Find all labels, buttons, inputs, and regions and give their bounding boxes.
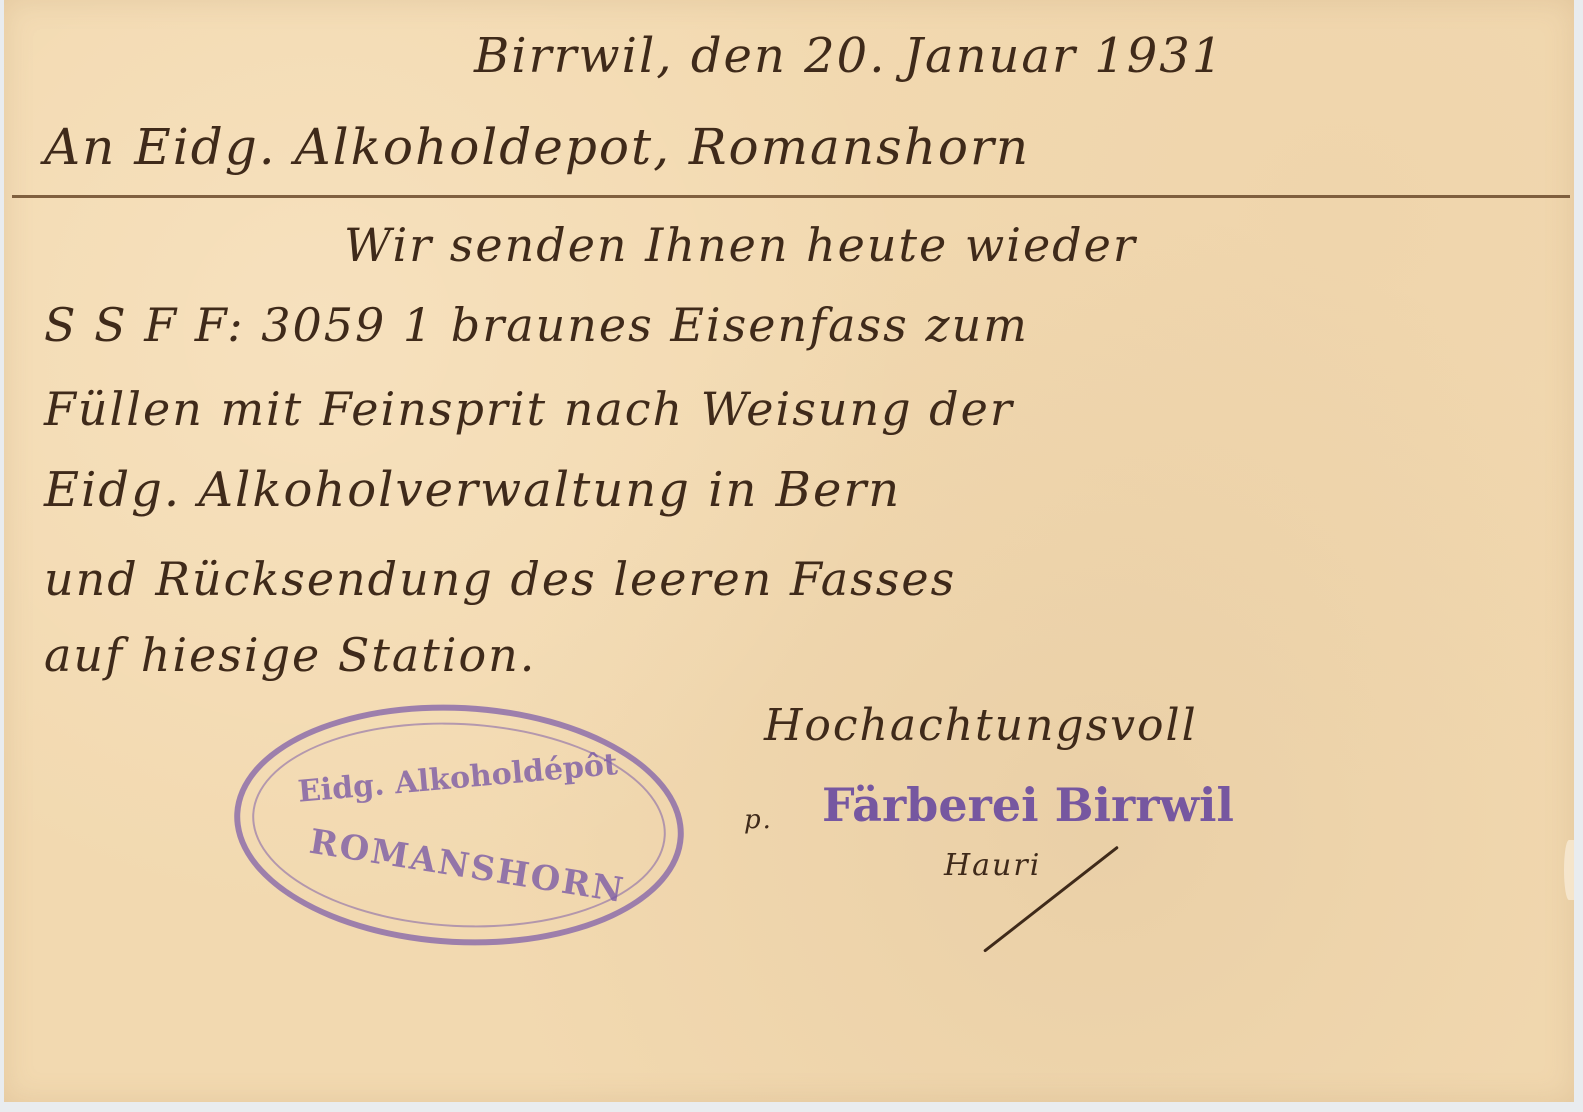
body-line-1: Wir senden Ihnen heute wieder (344, 218, 1137, 272)
postcard: Birrwil, den 20. Januar 1931 An Eidg. Al… (4, 0, 1574, 1102)
place-date: Birrwil, den 20. Januar 1931 (474, 28, 1224, 84)
signature-prefix: p. (744, 805, 773, 835)
signed-name: Hauri (944, 848, 1041, 883)
body-line-4: Eidg. Alkoholverwaltung in Bern (44, 462, 901, 518)
paper-edge-tear (1564, 840, 1574, 900)
header-divider-line (12, 195, 1570, 198)
body-line-5: und Rücksendung des leeren Fasses (44, 552, 956, 606)
addressee: An Eidg. Alkoholdepot, Romanshorn (44, 118, 1030, 176)
body-line-2: S S F F: 3059 1 braunes Eisenfass zum (44, 298, 1029, 352)
body-line-3: Füllen mit Feinsprit nach Weisung der (44, 382, 1014, 436)
firm-stamp: Färberei Birrwil (822, 778, 1234, 832)
receipt-stamp: Eidg. Alkoholdépôt ROMANSHORN (228, 693, 690, 956)
closing: Hochachtungsvoll (764, 700, 1198, 751)
body-line-6: auf hiesige Station. (44, 628, 536, 682)
